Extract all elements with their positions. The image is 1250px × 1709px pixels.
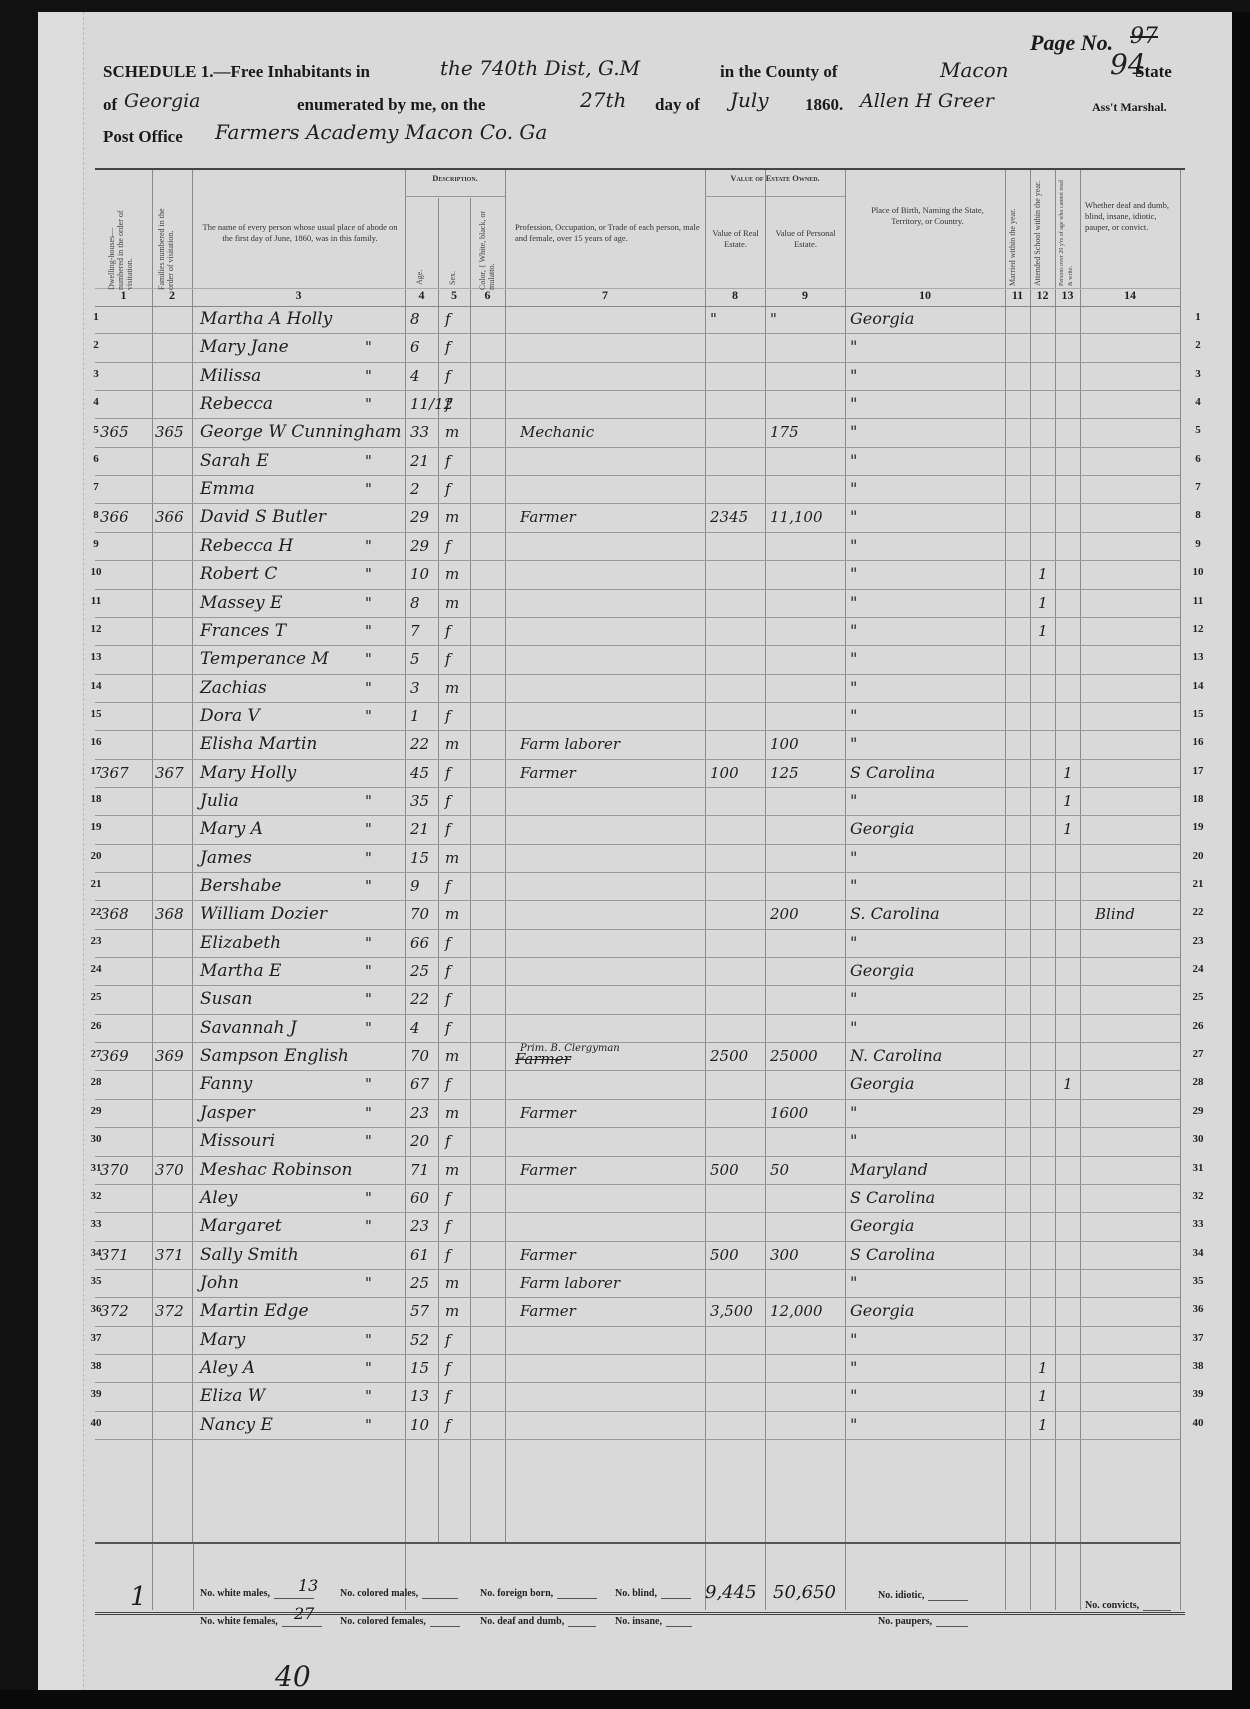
column-number-13: 13 — [1055, 288, 1080, 303]
sex: m — [445, 560, 459, 588]
real-estate-total: 9,445 — [705, 1582, 757, 1603]
scan-border-bottom — [0, 1690, 1250, 1709]
person-name: Rebecca — [200, 390, 273, 418]
line-number-left: 18 — [84, 793, 108, 805]
age: 29 — [410, 503, 429, 531]
age: 33 — [410, 418, 429, 446]
line-number-right: 18 — [1186, 793, 1210, 805]
age: 22 — [410, 985, 429, 1013]
column-number-4: 4 — [405, 288, 438, 303]
age: 15 — [410, 844, 429, 872]
column-number-6: 6 — [470, 288, 505, 303]
person-name: Milissa — [200, 362, 261, 390]
real-estate-value: 2500 — [710, 1042, 748, 1070]
age: 5 — [410, 645, 420, 673]
person-name: Elisha Martin — [200, 730, 317, 758]
row-divider — [95, 1354, 1180, 1355]
occupation: Farm laborer — [520, 730, 620, 758]
person-name: Sampson English — [200, 1042, 349, 1070]
age: 10 — [410, 1411, 429, 1439]
line-number-left: 12 — [84, 623, 108, 635]
age: 29 — [410, 532, 429, 560]
personal-estate-value: 25000 — [770, 1042, 818, 1070]
birthplace: Georgia — [850, 1070, 914, 1098]
line-number-right: 39 — [1186, 1388, 1210, 1400]
personal-estate-value: 125 — [770, 759, 799, 787]
occupation: Farm laborer — [520, 1269, 620, 1297]
birthplace: " — [850, 532, 857, 560]
left-margin-strip — [38, 12, 84, 1692]
family-number: 370 — [155, 1156, 184, 1184]
enumeration-day: 27th — [580, 88, 626, 112]
person-name: Savannah J — [200, 1014, 297, 1042]
birthplace: " — [850, 1127, 857, 1155]
sex: f — [445, 815, 451, 843]
line-number-left: 6 — [84, 453, 108, 465]
birthplace: " — [850, 929, 857, 957]
surname-ditto: " — [365, 1184, 372, 1212]
sex: f — [445, 787, 451, 815]
sex: f — [445, 1127, 451, 1155]
line-number-left: 37 — [84, 1332, 108, 1344]
birthplace: Georgia — [850, 1297, 914, 1325]
line-number-right: 34 — [1186, 1247, 1210, 1259]
personal-estate-value: 11,100 — [770, 503, 823, 531]
dwellings-tally: 1 — [130, 1582, 147, 1612]
person-name: Aley — [200, 1184, 237, 1212]
sex: f — [445, 447, 451, 475]
birthplace: Maryland — [850, 1156, 928, 1184]
post-office-label: Post Office — [103, 127, 183, 147]
family-number: 366 — [155, 503, 184, 531]
age: 67 — [410, 1070, 429, 1098]
person-name: Frances T — [200, 617, 286, 645]
post-office-value: Farmers Academy Macon Co. Ga — [215, 120, 547, 144]
sex: f — [445, 1184, 451, 1212]
occupation: Farmer — [520, 1297, 576, 1325]
row-divider — [95, 787, 1180, 788]
birthplace: " — [850, 985, 857, 1013]
state-label: State — [1135, 62, 1172, 82]
col-header-11: Married within the year. — [1008, 178, 1028, 286]
sex: m — [445, 730, 459, 758]
person-name: Missouri — [200, 1127, 275, 1155]
person-name: Massey E — [200, 589, 282, 617]
birthplace: " — [850, 447, 857, 475]
surname-ditto: " — [365, 702, 372, 730]
surname-ditto: " — [365, 1212, 372, 1240]
birthplace: " — [850, 617, 857, 645]
line-number-left: 28 — [84, 1076, 108, 1088]
person-name: Susan — [200, 985, 252, 1013]
school-mark: 1 — [1038, 589, 1048, 617]
line-number-right: 13 — [1186, 651, 1210, 663]
line-number-left: 33 — [84, 1218, 108, 1230]
age: 21 — [410, 447, 429, 475]
sex: f — [445, 1354, 451, 1382]
birthplace: Georgia — [850, 1212, 914, 1240]
surname-ditto: " — [365, 1070, 372, 1098]
sex: f — [445, 532, 451, 560]
age: 10 — [410, 560, 429, 588]
age: 15 — [410, 1354, 429, 1382]
birthplace: " — [850, 787, 857, 815]
age: 1 — [410, 702, 420, 730]
personal-estate-value: 200 — [770, 900, 799, 928]
row-divider — [95, 844, 1180, 845]
line-number-left: 29 — [84, 1105, 108, 1117]
person-name: Elizabeth — [200, 929, 281, 957]
illiterate-mark: 1 — [1063, 787, 1073, 815]
birthplace: Georgia — [850, 815, 914, 843]
line-number-left: 16 — [84, 736, 108, 748]
sex: f — [445, 759, 451, 787]
line-number-right: 4 — [1186, 396, 1210, 408]
line-number-left: 38 — [84, 1360, 108, 1372]
column-number-2: 2 — [152, 288, 192, 303]
birthplace: Georgia — [850, 957, 914, 985]
person-name: Mary — [200, 1326, 245, 1354]
person-name: Julia — [200, 787, 239, 815]
row-divider — [95, 475, 1180, 476]
school-mark: 1 — [1038, 1382, 1048, 1410]
surname-ditto: " — [365, 645, 372, 673]
age: 20 — [410, 1127, 429, 1155]
line-number-right: 9 — [1186, 538, 1210, 550]
line-number-right: 7 — [1186, 481, 1210, 493]
person-name: Martin Edge — [200, 1297, 309, 1325]
birthplace: " — [850, 730, 857, 758]
birthplace: N. Carolina — [850, 1042, 942, 1070]
birthplace: S Carolina — [850, 1184, 935, 1212]
line-number-left: 13 — [84, 651, 108, 663]
surname-ditto: " — [365, 957, 372, 985]
surname-ditto: " — [365, 929, 372, 957]
surname-ditto: " — [365, 1411, 372, 1439]
birthplace: S Carolina — [850, 759, 935, 787]
surname-ditto: " — [365, 1382, 372, 1410]
person-name: Dora V — [200, 702, 260, 730]
birthplace: " — [850, 1354, 857, 1382]
col-header-13: Persons over 20 y'rs of age who cannot r… — [1058, 178, 1078, 286]
illiterate-mark: 1 — [1063, 815, 1073, 843]
person-name: Emma — [200, 475, 255, 503]
person-name: Robert C — [200, 560, 277, 588]
age: 9 — [410, 872, 420, 900]
column-number-5: 5 — [438, 288, 470, 303]
line-number-right: 10 — [1186, 566, 1210, 578]
person-name: Meshac Robinson — [200, 1156, 352, 1184]
age: 4 — [410, 362, 420, 390]
white-males-label: No. white males, — [200, 1588, 314, 1599]
line-number-right: 1 — [1186, 311, 1210, 323]
sex: m — [445, 1156, 459, 1184]
scan-border-right — [1232, 12, 1250, 1709]
row-divider — [95, 1099, 1180, 1100]
county-label: in the County of — [720, 62, 838, 82]
sex: f — [445, 362, 451, 390]
line-number-right: 2 — [1186, 339, 1210, 351]
sex: m — [445, 1269, 459, 1297]
dwelling-number: 371 — [100, 1241, 129, 1269]
line-number-right: 30 — [1186, 1133, 1210, 1145]
line-number-left: 23 — [84, 935, 108, 947]
birthplace: " — [850, 1326, 857, 1354]
sex: f — [445, 617, 451, 645]
birthplace: " — [850, 362, 857, 390]
line-number-right: 3 — [1186, 368, 1210, 380]
line-number-left: 32 — [84, 1190, 108, 1202]
surname-ditto: " — [365, 447, 372, 475]
enumeration-month: July — [730, 88, 769, 112]
column-number-12: 12 — [1030, 288, 1055, 303]
colored-females-label: No. colored females, — [340, 1616, 460, 1627]
sex: m — [445, 589, 459, 617]
dwelling-number: 370 — [100, 1156, 129, 1184]
birthplace: S. Carolina — [850, 900, 940, 928]
col-header-10: Place of Birth, Naming the State, Territ… — [855, 205, 1000, 227]
sex: m — [445, 1042, 459, 1070]
line-number-right: 23 — [1186, 935, 1210, 947]
surname-ditto: " — [365, 475, 372, 503]
total-persons-note: 40 — [275, 1660, 311, 1693]
real-estate-value: 100 — [710, 759, 739, 787]
sex: f — [445, 1382, 451, 1410]
occupation: Farmer — [520, 1156, 576, 1184]
person-name: Zachias — [200, 674, 267, 702]
personal-estate-total: 50,650 — [773, 1582, 836, 1603]
col-header-3: The name of every person whose usual pla… — [200, 222, 400, 244]
personal-estate-value: 300 — [770, 1241, 799, 1269]
blind-label: No. blind, — [615, 1588, 691, 1599]
column-number-10: 10 — [845, 288, 1005, 303]
dwelling-number: 366 — [100, 503, 129, 531]
person-name: Mary Jane — [200, 333, 289, 361]
surname-ditto: " — [365, 617, 372, 645]
birthplace: Georgia — [850, 305, 914, 333]
column-number-8: 8 — [705, 288, 765, 303]
personal-estate-value: 100 — [770, 730, 799, 758]
personal-estate-value: 12,000 — [770, 1297, 823, 1325]
line-number-right: 27 — [1186, 1048, 1210, 1060]
personal-estate-value: 50 — [770, 1156, 789, 1184]
column-number-7: 7 — [505, 288, 705, 303]
line-number-right: 33 — [1186, 1218, 1210, 1230]
line-number-left: 30 — [84, 1133, 108, 1145]
line-number-left: 35 — [84, 1275, 108, 1287]
real-estate-value: 2345 — [710, 503, 748, 531]
surname-ditto: " — [365, 1127, 372, 1155]
person-name: Jasper — [200, 1099, 255, 1127]
paupers-label: No. paupers, — [878, 1616, 968, 1627]
line-number-left: 3 — [84, 368, 108, 380]
birthplace: " — [850, 1269, 857, 1297]
group-header-description: Description. — [405, 173, 505, 184]
white-females-value: 27 — [294, 1604, 314, 1623]
sex: f — [445, 1411, 451, 1439]
line-number-left: 40 — [84, 1417, 108, 1429]
line-number-left: 25 — [84, 991, 108, 1003]
person-name: Aley A — [200, 1354, 255, 1382]
age: 70 — [410, 1042, 429, 1070]
line-number-right: 40 — [1186, 1417, 1210, 1429]
surname-ditto: " — [365, 390, 372, 418]
sex: f — [445, 985, 451, 1013]
person-name: Martha E — [200, 957, 281, 985]
sex: m — [445, 1099, 459, 1127]
marshal-label: Ass't Marshal. — [1092, 100, 1167, 115]
family-number: 369 — [155, 1042, 184, 1070]
person-name: Bershabe — [200, 872, 281, 900]
person-name: Mary Holly — [200, 759, 296, 787]
age: 23 — [410, 1212, 429, 1240]
colored-males-label: No. colored males, — [340, 1588, 458, 1599]
column-number-9: 9 — [765, 288, 845, 303]
person-name: Fanny — [200, 1070, 252, 1098]
line-number-left: 26 — [84, 1020, 108, 1032]
sex: m — [445, 418, 459, 446]
line-number-right: 11 — [1186, 595, 1210, 607]
sex: m — [445, 1297, 459, 1325]
row-divider — [95, 1070, 1180, 1071]
col-header-9: Value of Personal Estate. — [768, 228, 843, 250]
surname-ditto: " — [365, 815, 372, 843]
birthplace: " — [850, 1099, 857, 1127]
surname-ditto: " — [365, 1326, 372, 1354]
birthplace: S Carolina — [850, 1241, 935, 1269]
birthplace: " — [850, 1382, 857, 1410]
sex: f — [445, 333, 451, 361]
occupation: Farmer — [520, 759, 576, 787]
line-number-left: 10 — [84, 566, 108, 578]
col-header-14: Whether deaf and dumb, blind, insane, id… — [1085, 200, 1180, 233]
line-number-right: 26 — [1186, 1020, 1210, 1032]
dwelling-number: 372 — [100, 1297, 129, 1325]
line-number-right: 8 — [1186, 509, 1210, 521]
line-number-right: 19 — [1186, 821, 1210, 833]
occupation: Farmer — [520, 503, 576, 531]
surname-ditto: " — [365, 1014, 372, 1042]
col-header-1: Dwelling-houses—numbered in the order of… — [107, 200, 143, 290]
family-number: 371 — [155, 1241, 184, 1269]
enumerated-label: enumerated by me, on the — [297, 95, 485, 115]
birthplace: " — [850, 589, 857, 617]
white-males-value: 13 — [298, 1576, 318, 1595]
family-number: 367 — [155, 759, 184, 787]
col-header-7: Profession, Occupation, or Trade of each… — [515, 222, 700, 244]
age: 8 — [410, 305, 420, 333]
dwelling-number: 365 — [100, 418, 129, 446]
row-divider — [95, 985, 1180, 986]
occupation: Farmer — [520, 1241, 576, 1269]
surname-ditto: " — [365, 844, 372, 872]
page-number-label: Page No. — [1030, 30, 1113, 56]
age: 70 — [410, 900, 429, 928]
birthplace: " — [850, 1411, 857, 1439]
person-name: Sally Smith — [200, 1241, 299, 1269]
column-number-11: 11 — [1005, 288, 1030, 303]
school-mark: 1 — [1038, 1354, 1048, 1382]
sex: f — [445, 1212, 451, 1240]
sex: f — [445, 872, 451, 900]
sex: m — [445, 674, 459, 702]
sex: f — [445, 645, 451, 673]
column-number-3: 3 — [192, 288, 405, 303]
person-name: Martha A Holly — [200, 305, 332, 333]
person-name: George W Cunningham — [200, 418, 402, 446]
person-name: William Dozier — [200, 900, 327, 928]
col-header-12: Attended School within the year. — [1033, 178, 1053, 286]
sex: m — [445, 900, 459, 928]
birthplace: " — [850, 418, 857, 446]
school-mark: 1 — [1038, 1411, 1048, 1439]
real-estate-value: " — [710, 305, 717, 333]
line-number-right: 6 — [1186, 453, 1210, 465]
age: 8 — [410, 589, 420, 617]
surname-ditto: " — [365, 872, 372, 900]
personal-estate-value: 175 — [770, 418, 799, 446]
line-number-right: 38 — [1186, 1360, 1210, 1372]
line-number-right: 36 — [1186, 1303, 1210, 1315]
line-number-right: 12 — [1186, 623, 1210, 635]
age: 2 — [410, 475, 420, 503]
line-number-right: 32 — [1186, 1190, 1210, 1202]
line-number-right: 22 — [1186, 906, 1210, 918]
age: 25 — [410, 957, 429, 985]
person-name: Nancy E — [200, 1411, 273, 1439]
sex: f — [445, 390, 451, 418]
surname-ditto: " — [365, 1269, 372, 1297]
family-number: 365 — [155, 418, 184, 446]
illiterate-mark: 1 — [1063, 759, 1073, 787]
dwelling-number: 367 — [100, 759, 129, 787]
line-number-left: 9 — [84, 538, 108, 550]
person-name: Rebecca H — [200, 532, 293, 560]
family-number: 368 — [155, 900, 184, 928]
age: 66 — [410, 929, 429, 957]
line-number-right: 5 — [1186, 424, 1210, 436]
row-divider — [95, 1184, 1180, 1185]
schedule-title: SCHEDULE 1.—Free Inhabitants in — [103, 62, 370, 82]
district-value: the 740th Dist, G.M — [440, 56, 640, 80]
age: 13 — [410, 1382, 429, 1410]
line-number-left: 4 — [84, 396, 108, 408]
birthplace: " — [850, 872, 857, 900]
line-number-left: 21 — [84, 878, 108, 890]
row-divider — [95, 1439, 1180, 1440]
age: 52 — [410, 1326, 429, 1354]
county-value: Macon — [940, 58, 1009, 82]
foreign-born-label: No. foreign born, — [480, 1588, 597, 1599]
column-number-1: 1 — [95, 288, 152, 303]
col-header-4: Age. — [415, 255, 427, 285]
line-number-left: 14 — [84, 680, 108, 692]
line-number-right: 31 — [1186, 1162, 1210, 1174]
deaf-dumb-label: No. deaf and dumb, — [480, 1616, 596, 1627]
sex: f — [445, 475, 451, 503]
occupation: Mechanic — [520, 418, 594, 446]
line-number-right: 17 — [1186, 765, 1210, 777]
sex: f — [445, 1014, 451, 1042]
line-number-right: 24 — [1186, 963, 1210, 975]
person-name: Mary A — [200, 815, 263, 843]
school-mark: 1 — [1038, 617, 1048, 645]
line-number-left: 1 — [84, 311, 108, 323]
person-name: John — [200, 1269, 239, 1297]
state-value: Georgia — [124, 90, 201, 112]
occupation: Farmer — [520, 1099, 576, 1127]
sex: f — [445, 1070, 451, 1098]
